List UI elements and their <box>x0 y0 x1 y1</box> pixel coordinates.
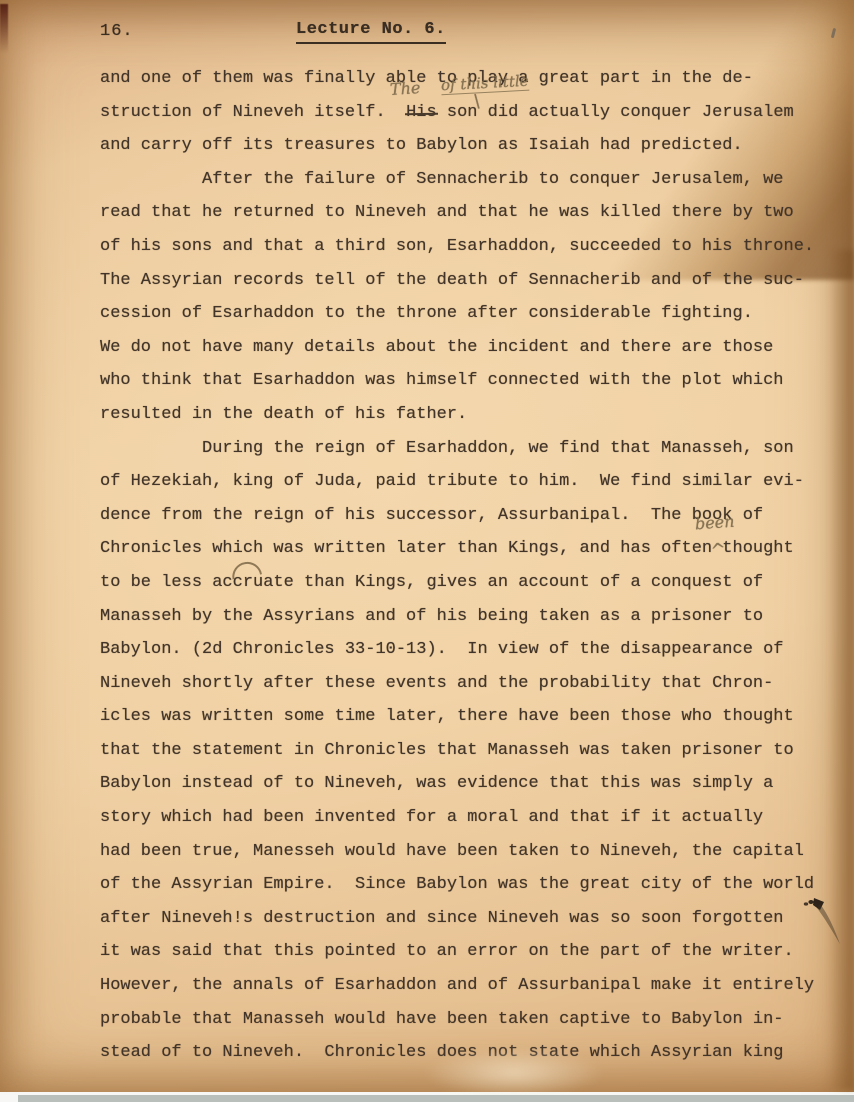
document-page: 16. Lecture No. 6. and one of them was f… <box>0 0 854 1092</box>
typed-text: After the failure of Sennacherib to conq… <box>100 170 784 189</box>
text-line: had been true, Manesseh would have been … <box>100 835 840 869</box>
typed-text: Babylon. (2d Chronicles 33-10-13). In vi… <box>100 640 784 659</box>
text-line: after Nineveh!s destruction and since Ni… <box>100 902 840 936</box>
handwritten-been: been <box>694 514 735 533</box>
text-line: However, the annals of Esarhaddon and of… <box>100 969 840 1003</box>
scanner-edge <box>18 1095 854 1102</box>
typed-text: probable that Manasseh would have been t… <box>100 1010 784 1029</box>
text-line: We do not have many details about the in… <box>100 331 840 365</box>
ink-blot <box>800 890 846 950</box>
typed-text: dence from the reign of his successor, A… <box>100 506 763 525</box>
page-header: 16. Lecture No. 6. <box>0 20 854 50</box>
text-line: struction of Nineveh itself. His son did… <box>100 96 840 130</box>
typed-text: and carry off its treasures to Babylon a… <box>100 136 743 155</box>
page-title: Lecture No. 6. <box>296 20 446 44</box>
typed-text: had been true, Manesseh would have been … <box>100 842 804 861</box>
text-line: probable that Manasseh would have been t… <box>100 1003 840 1037</box>
typed-text: after Nineveh!s destruction and since Ni… <box>100 909 784 928</box>
text-line: Manasseh by the Assyrians and of his bei… <box>100 600 840 634</box>
bottom-smudge <box>424 1048 604 1098</box>
text-line: story which had been invented for a mora… <box>100 801 840 835</box>
typed-text: story which had been invented for a mora… <box>100 808 763 827</box>
struck-word: His <box>406 103 437 122</box>
text-line: Babylon instead of to Nineveh, was evide… <box>100 767 840 801</box>
text-line: Chronicles which was written later than … <box>100 532 840 566</box>
typed-text: read that he returned to Nineveh and tha… <box>100 203 794 222</box>
typed-text: We do not have many details about the in… <box>100 338 773 357</box>
text-line: of the Assyrian Empire. Since Babylon wa… <box>100 868 840 902</box>
top-left-sliver <box>0 4 8 62</box>
text-line: it was said that this pointed to an erro… <box>100 935 840 969</box>
text-line: to be less accruate than Kings, gives an… <box>100 566 840 600</box>
text-line: of his sons and that a third son, Esarha… <box>100 230 840 264</box>
text-line: cession of Esarhaddon to the throne afte… <box>100 297 840 331</box>
text-line: that the statement in Chronicles that Ma… <box>100 734 840 768</box>
typed-text: cession of Esarhaddon to the throne afte… <box>100 304 753 323</box>
page-number: 16. <box>100 22 134 41</box>
text-line: During the reign of Esarhaddon, we find … <box>100 432 840 466</box>
typed-text: who think that Esarhaddon was himself co… <box>100 371 784 390</box>
typed-text: icles was written some time later, there… <box>100 707 794 726</box>
typed-text: The Assyrian records tell of the death o… <box>100 271 804 290</box>
body-text: and one of them was finally able to play… <box>100 62 840 1070</box>
typed-text: Manasseh by the Assyrians and of his bei… <box>100 607 763 626</box>
typed-text: resulted in the death of his father. <box>100 405 467 424</box>
text-line: and carry off its treasures to Babylon a… <box>100 129 840 163</box>
typed-text: During the reign of Esarhaddon, we find … <box>100 439 794 458</box>
typed-text: of the Assyrian Empire. Since Babylon wa… <box>100 875 814 894</box>
insertion-slash: \ <box>473 92 482 111</box>
insertion-caret: ^ <box>710 541 727 561</box>
typed-text: Chronicles which was written later than … <box>100 539 794 558</box>
text-line: The Assyrian records tell of the death o… <box>100 264 840 298</box>
text-line: Babylon. (2d Chronicles 33-10-13). In vi… <box>100 633 840 667</box>
scan-background: 16. Lecture No. 6. and one of them was f… <box>0 0 854 1102</box>
handwritten-the: The <box>389 80 420 98</box>
typed-text: son did actually conquer Jerusalem <box>437 103 794 122</box>
typed-text: Nineveh shortly after these events and t… <box>100 674 773 693</box>
text-line: icles was written some time later, there… <box>100 700 840 734</box>
typed-text: Babylon instead of to Nineveh, was evide… <box>100 774 773 793</box>
typed-text: of his sons and that a third son, Esarha… <box>100 237 814 256</box>
typed-text: it was said that this pointed to an erro… <box>100 942 794 961</box>
text-line: of Hezekiah, king of Juda, paid tribute … <box>100 465 840 499</box>
typed-text: However, the annals of Esarhaddon and of… <box>100 976 814 995</box>
typed-text: to be less accruate than Kings, gives an… <box>100 573 763 592</box>
typed-text: struction of Nineveh itself. <box>100 103 406 122</box>
text-line: read that he returned to Nineveh and tha… <box>100 196 840 230</box>
text-line: who think that Esarhaddon was himself co… <box>100 364 840 398</box>
text-line: After the failure of Sennacherib to conq… <box>100 163 840 197</box>
typed-text: that the statement in Chronicles that Ma… <box>100 741 794 760</box>
typed-text: of Hezekiah, king of Juda, paid tribute … <box>100 472 804 491</box>
text-line: resulted in the death of his father. <box>100 398 840 432</box>
ink-blot-graphic <box>800 890 846 950</box>
text-line: Nineveh shortly after these events and t… <box>100 667 840 701</box>
typed-text: and one of them was finally able to play… <box>100 69 753 88</box>
